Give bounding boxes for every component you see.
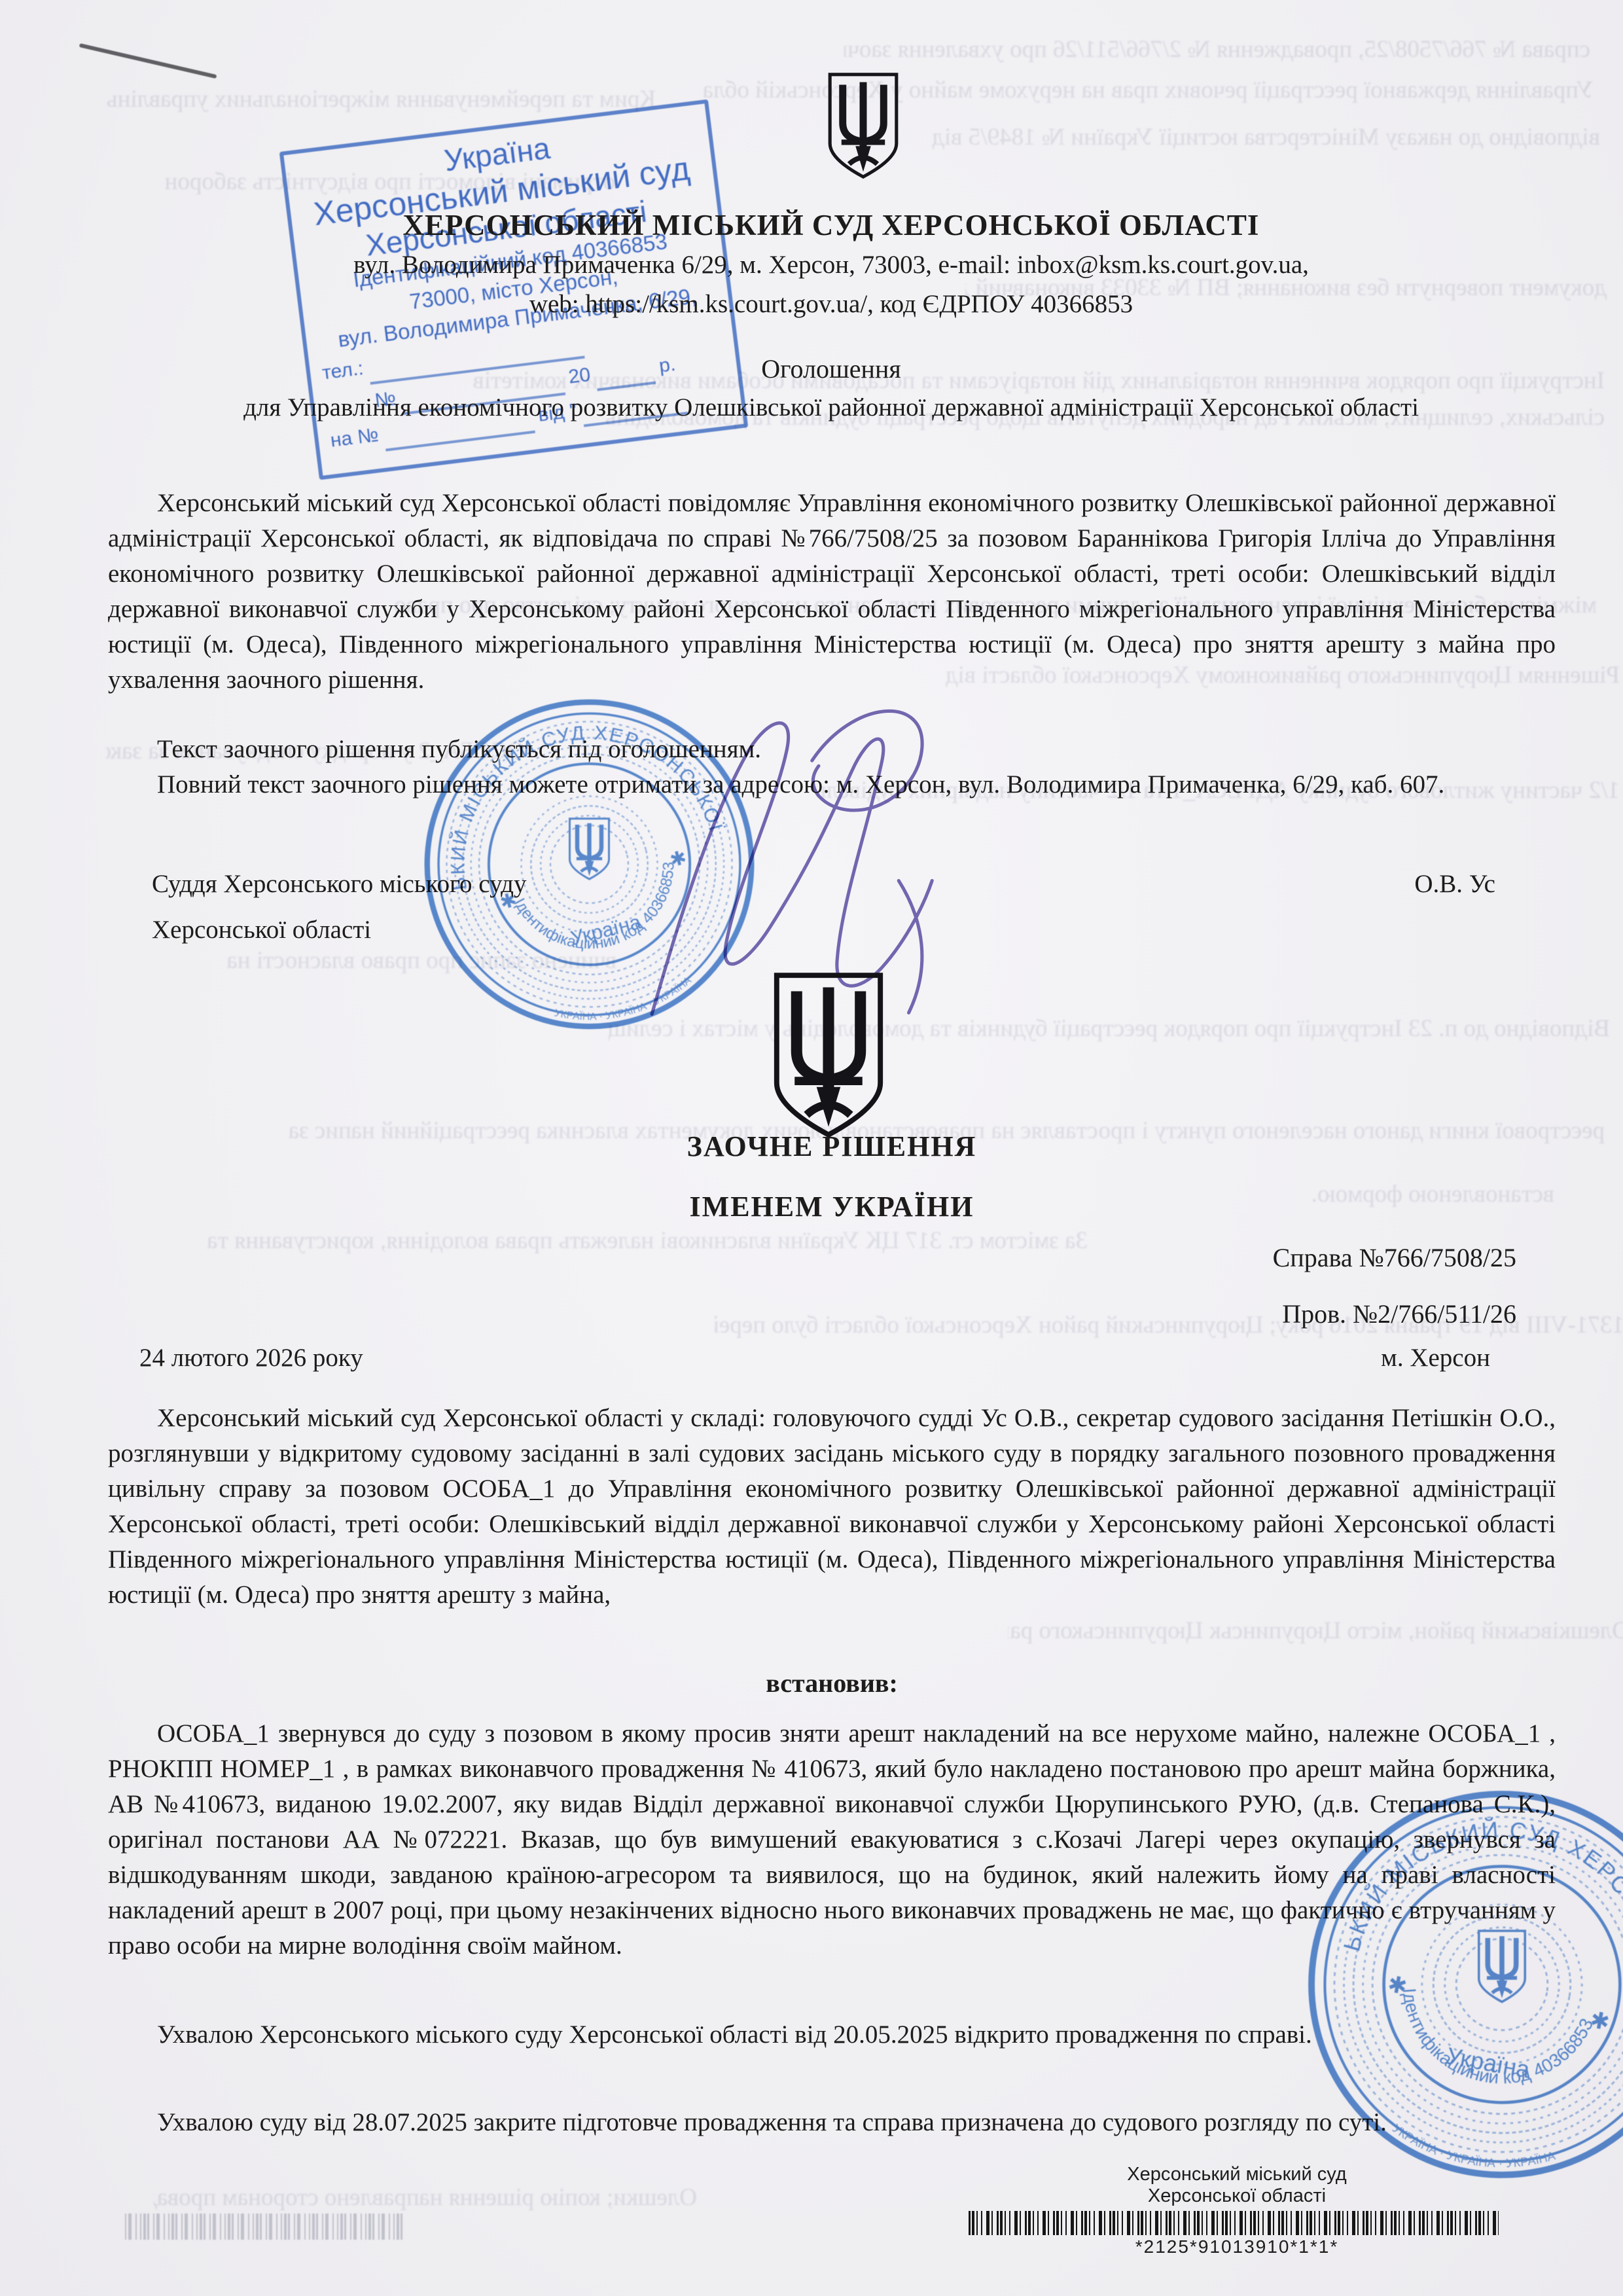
seal-tryzub-icon — [569, 819, 609, 879]
decision-date: 24 лютого 2026 року — [108, 1343, 363, 1372]
seal2-id-text: Ідентифікаційний код 40366853 — [1385, 1984, 1598, 2104]
bleedthrough-line: Олешківський район, місто Цюрупинськ Цюр… — [1008, 1618, 1623, 1645]
decision-intro: Херсонський міський суд Херсонської обла… — [108, 1401, 1556, 1613]
svg-text:Ідентифікаційний код 40366853: Ідентифікаційний код 40366853 — [1385, 1984, 1598, 2104]
court-title: ХЕРСОНСЬКИЙ МІСЬКИЙ СУД ХЕРСОНСЬКОЇ ОБЛА… — [108, 208, 1554, 242]
announcement-subtitle: для Управління економічного розвитку Оле… — [216, 390, 1446, 425]
bleedthrough-line: Крим та перейменування міжрегіональних у… — [106, 86, 656, 113]
seal2-tryzub-icon — [1479, 1931, 1525, 2001]
scan-artifact-line — [79, 43, 217, 79]
document-footer: Херсонський міський суд Херсонської обла… — [969, 2164, 1505, 2257]
announcement-body: Херсонський міський суд Херсонської обла… — [108, 486, 1556, 698]
footer-court-line2: Херсонської області — [969, 2185, 1505, 2207]
judge-name: О.В. Ус — [1414, 869, 1556, 899]
bleedthrough-barcode — [121, 2214, 402, 2240]
announcement-title: Оголошення — [108, 353, 1554, 384]
bleedthrough-line: відповідно до наказу Міністерства юстиці… — [815, 124, 1600, 151]
seal2-star-right: ✱ — [1588, 2007, 1612, 2035]
bleedthrough-line: справа № 766/7508/25, провадження № 2/76… — [844, 37, 1590, 63]
bleedthrough-line: Олешки; копію рішення направлено сторона… — [154, 2185, 697, 2212]
decision-title: ЗАОЧНЕ РІШЕННЯ — [108, 1130, 1556, 1163]
judge-label-line2: Херсонської області — [152, 915, 371, 944]
case-number: Справа №766/7508/25 — [108, 1242, 1556, 1273]
decision-subtitle: ІМЕНЕМ УКРАЇНИ — [108, 1190, 1556, 1223]
coat-of-arms-icon — [823, 69, 903, 182]
coat-of-arms-large-icon — [767, 967, 890, 1143]
established-heading: встановив: — [108, 1668, 1556, 1698]
court-round-seal-2: ХЕРСОНСЬКИЙ МІСЬКИЙ СУД ХЕРСОНСЬКОЇ ОБЛА… — [1293, 1775, 1623, 2194]
court-web-line: web: https://ksm.ks.court.gov.ua/, код Є… — [108, 289, 1554, 319]
court-address-line: вул. Володимира Примаченка 6/29, м. Херс… — [108, 250, 1554, 279]
barcode-label: *2125*91013910*1*1* — [969, 2236, 1505, 2257]
scanned-court-document: справа № 766/7508/25, провадження № 2/76… — [0, 0, 1623, 2296]
proceeding-number: Пров. №2/766/511/26 — [108, 1299, 1556, 1329]
document-barcode — [969, 2211, 1499, 2235]
footer-court-line1: Херсонський міський суд — [969, 2164, 1505, 2185]
decision-city: м. Херсон — [1381, 1343, 1556, 1372]
